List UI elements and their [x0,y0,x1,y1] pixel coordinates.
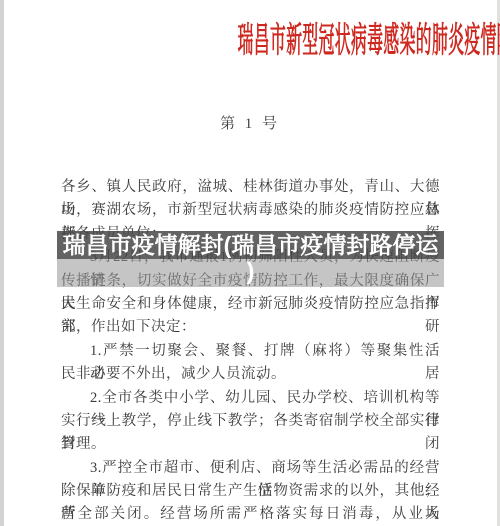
photo-edge-left [0,0,4,526]
body-line: 2.全市各类中小学、幼儿园、民办学校、培训机构等一律 [61,387,440,410]
watermark-caption-banner: 瑞昌市疫情解封(瑞昌市疫情封路停运 ) [57,231,444,287]
document-number: 第 1 号 [0,112,500,133]
body-line: 除保障防疫和居民日常生产生活物资需求的以外，其他经营场 [61,480,440,503]
watermark-caption-line2: ) [57,259,444,287]
document-title: 瑞昌市新型冠状病毒感染的肺炎疫情防控应急指挥部令 [238,18,500,64]
body-line: 民生命安全和身体健康，经市新冠肺炎疫情防控应急指挥部研 [61,293,440,316]
body-line: 1.严禁一切聚会、聚餐、打牌（麻将）等聚集性活动，居 [61,340,440,363]
watermark-caption-line1: 瑞昌市疫情解封(瑞昌市疫情封路停运 [57,231,444,259]
body-line: 3.严控全市超市、便利店、商场等生活必需品的经营单位； [61,457,440,480]
body-line: 场，赛湖农场，市新型冠状病毒感染的肺炎疫情防控应急指挥 [61,199,440,222]
body-line: 所全部关闭。经营场所需严格落实每日消毒，从业人员“四查 [61,503,440,526]
document-title-row: 瑞昌市新型冠状病毒感染的肺炎疫情防控应急指挥部令 [0,18,500,64]
body-line: 各乡、镇人民政府，湓城、桂林街道办事处，青山、大德山林 [61,176,440,199]
body-line: 实行线上教学，停止线下教学；各类寄宿制学校全部实行封闭 [61,410,440,433]
document-body: 各乡、镇人民政府，湓城、桂林街道办事处，青山、大德山林场，赛湖农场，市新型冠状病… [61,176,440,526]
